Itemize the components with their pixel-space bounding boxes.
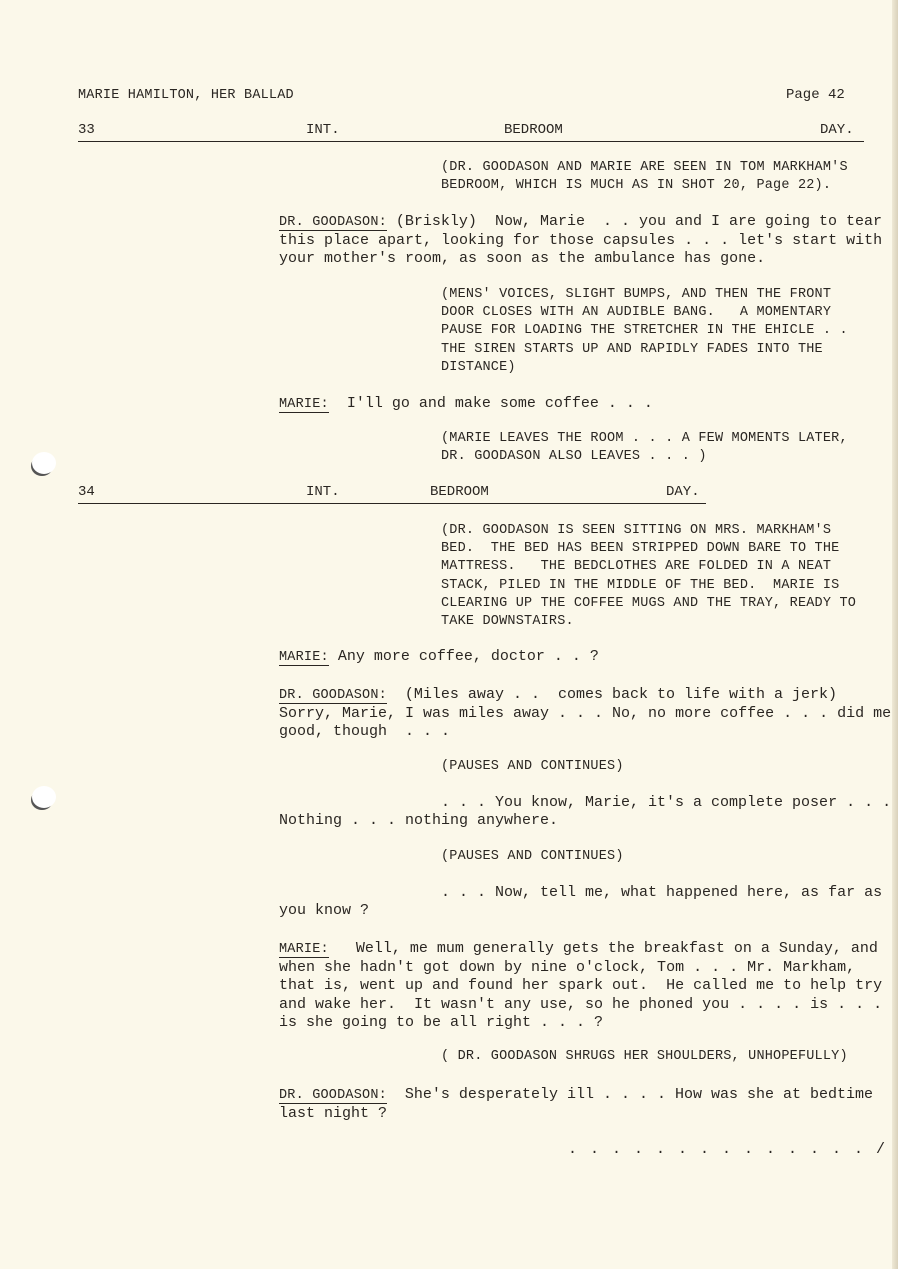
- dialogue-line: . . . Now, tell me, what happened here, …: [279, 884, 882, 902]
- scene-time: DAY.: [666, 483, 700, 501]
- dialogue-line: DR. GOODASON: (Miles away . . comes back…: [279, 686, 891, 705]
- stage-direction: (MENS' VOICES, SLIGHT BUMPS, AND THEN TH…: [441, 286, 848, 377]
- dialogue-line: MARIE: Any more coffee, doctor . . ?: [279, 648, 599, 667]
- direction-line: DR. GOODASON ALSO LEAVES . . . ): [441, 448, 848, 466]
- dialogue-block: DR. GOODASON: She's desperately ill . . …: [279, 1086, 873, 1123]
- speaker-name: MARIE:: [279, 397, 329, 413]
- dialogue-block: MARIE: Any more coffee, doctor . . ?: [279, 648, 599, 667]
- punch-hole: [32, 786, 56, 808]
- dialogue-line: Sorry, Marie, I was miles away . . . No,…: [279, 705, 891, 723]
- dialogue-line: good, though . . .: [279, 723, 891, 741]
- dialogue-line: when she hadn't got down by nine o'clock…: [279, 959, 882, 977]
- direction-line: (MENS' VOICES, SLIGHT BUMPS, AND THEN TH…: [441, 286, 848, 304]
- speaker-name: DR. GOODASON:: [279, 1088, 387, 1104]
- direction-line: (PAUSES AND CONTINUES): [441, 848, 624, 866]
- scene-heading-33: 33 INT. BEDROOM DAY.: [78, 121, 864, 142]
- stage-direction: (PAUSES AND CONTINUES): [441, 758, 624, 776]
- speaker-name: MARIE:: [279, 650, 329, 666]
- direction-line: (DR. GOODASON IS SEEN SITTING ON MRS. MA…: [441, 522, 856, 540]
- dialogue-line: Nothing . . . nothing anywhere.: [279, 812, 891, 830]
- punch-hole: [32, 452, 56, 474]
- direction-line: BED. THE BED HAS BEEN STRIPPED DOWN BARE…: [441, 540, 856, 558]
- scene-time: DAY.: [820, 121, 854, 139]
- dialogue-line: . . . You know, Marie, it's a complete p…: [279, 794, 891, 812]
- dialogue-text: Well, me mum generally gets the breakfas…: [329, 940, 878, 957]
- dialogue-line: is she going to be all right . . . ?: [279, 1014, 882, 1032]
- dialogue-block: DR. GOODASON: (Miles away . . comes back…: [279, 686, 891, 742]
- scene-heading-34: 34 INT. BEDROOM DAY.: [78, 483, 706, 504]
- dialogue-block: DR. GOODASON: (Briskly) Now, Marie . . y…: [279, 213, 882, 269]
- dialogue-text: I'll go and make some coffee . . .: [329, 395, 653, 412]
- direction-line: BEDROOM, WHICH IS MUCH AS IN SHOT 20, Pa…: [441, 177, 848, 195]
- dialogue-block: MARIE: Well, me mum generally gets the b…: [279, 940, 882, 1032]
- dialogue-text: (Briskly) Now, Marie . . you and I are g…: [387, 213, 882, 230]
- dialogue-line: MARIE: Well, me mum generally gets the b…: [279, 940, 882, 959]
- direction-line: (PAUSES AND CONTINUES): [441, 758, 624, 776]
- dialogue-text: Any more coffee, doctor . . ?: [329, 648, 599, 665]
- direction-line: CLEARING UP THE COFFEE MUGS AND THE TRAY…: [441, 595, 856, 613]
- dialogue-block: MARIE: I'll go and make some coffee . . …: [279, 395, 653, 414]
- stage-direction: (PAUSES AND CONTINUES): [441, 848, 624, 866]
- dialogue-continuation: . . . You know, Marie, it's a complete p…: [279, 794, 891, 830]
- scene-location: BEDROOM: [430, 483, 489, 501]
- dialogue-line: and wake her. It wasn't any use, so he p…: [279, 996, 882, 1014]
- scene-number: 34: [78, 483, 95, 501]
- page-number: Page 42: [786, 86, 845, 104]
- stage-direction: ( DR. GOODASON SHRUGS HER SHOULDERS, UNH…: [441, 1048, 848, 1066]
- dialogue-line: last night ?: [279, 1105, 873, 1123]
- dialogue-line: your mother's room, as soon as the ambul…: [279, 250, 882, 268]
- dialogue-line: this place apart, looking for those caps…: [279, 232, 882, 250]
- scene-location-type: INT.: [306, 121, 340, 139]
- direction-line: DOOR CLOSES WITH AN AUDIBLE BANG. A MOME…: [441, 304, 848, 322]
- direction-line: MATTRESS. THE BEDCLOTHES ARE FOLDED IN A…: [441, 558, 856, 576]
- dialogue-line: DR. GOODASON: (Briskly) Now, Marie . . y…: [279, 213, 882, 232]
- speaker-name: DR. GOODASON:: [279, 688, 387, 704]
- continued-mark: . . . . . . . . . . . . . . /: [568, 1141, 887, 1159]
- direction-line: PAUSE FOR LOADING THE STRETCHER IN THE E…: [441, 322, 848, 340]
- dialogue-line: MARIE: I'll go and make some coffee . . …: [279, 395, 653, 414]
- scene-location-type: INT.: [306, 483, 340, 501]
- direction-line: TAKE DOWNSTAIRS.: [441, 613, 856, 631]
- direction-line: ( DR. GOODASON SHRUGS HER SHOULDERS, UNH…: [441, 1048, 848, 1066]
- stage-direction: (MARIE LEAVES THE ROOM . . . A FEW MOMEN…: [441, 430, 848, 466]
- dialogue-line: you know ?: [279, 902, 882, 920]
- dialogue-continuation: . . . Now, tell me, what happened here, …: [279, 884, 882, 920]
- direction-line: STACK, PILED IN THE MIDDLE OF THE BED. M…: [441, 577, 856, 595]
- document-title: MARIE HAMILTON, HER BALLAD: [78, 87, 294, 105]
- scene-number: 33: [78, 121, 95, 139]
- stage-direction: (DR. GOODASON AND MARIE ARE SEEN IN TOM …: [441, 159, 848, 195]
- stage-direction: (DR. GOODASON IS SEEN SITTING ON MRS. MA…: [441, 522, 856, 631]
- dialogue-text: She's desperately ill . . . . How was sh…: [387, 1086, 873, 1103]
- speaker-name: MARIE:: [279, 942, 329, 958]
- dialogue-text: (Miles away . . comes back to life with …: [387, 686, 837, 703]
- page-edge: [892, 0, 898, 1269]
- direction-line: THE SIREN STARTS UP AND RAPIDLY FADES IN…: [441, 341, 848, 359]
- direction-line: (MARIE LEAVES THE ROOM . . . A FEW MOMEN…: [441, 430, 848, 448]
- direction-line: (DR. GOODASON AND MARIE ARE SEEN IN TOM …: [441, 159, 848, 177]
- dialogue-line: DR. GOODASON: She's desperately ill . . …: [279, 1086, 873, 1105]
- speaker-name: DR. GOODASON:: [279, 215, 387, 231]
- scene-location: BEDROOM: [504, 121, 563, 139]
- dialogue-line: that is, went up and found her spark out…: [279, 977, 882, 995]
- direction-line: DISTANCE): [441, 359, 848, 377]
